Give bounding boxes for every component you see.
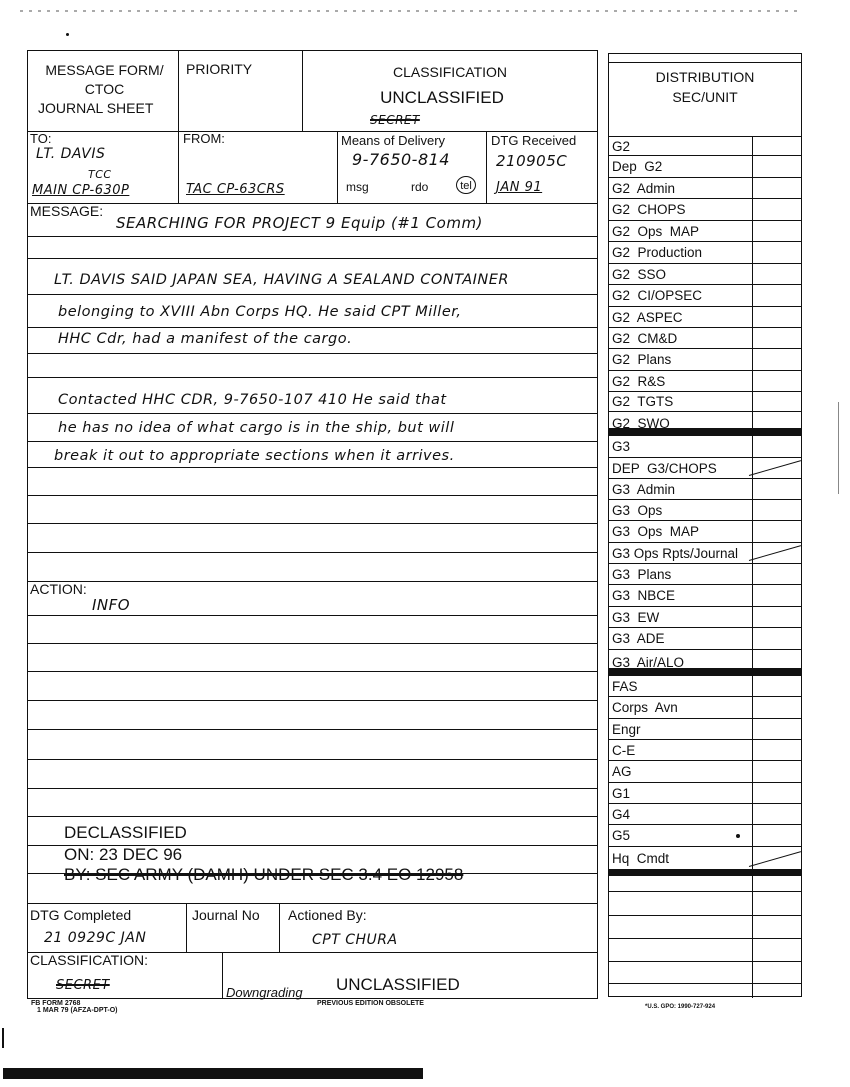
distribution-row-label: Corps Avn [612, 700, 678, 715]
distribution-row: G2 CI/OPSEC [609, 284, 801, 306]
action-value: INFO [92, 596, 130, 614]
action-label: ACTION: [30, 581, 87, 597]
distribution-row-label: G4 [612, 807, 630, 822]
distribution-checkbox-cell[interactable] [752, 916, 801, 938]
distribution-row: G5 [609, 824, 801, 846]
classification-label: CLASSIFICATION [302, 64, 598, 80]
footer-classification-label: CLASSIFICATION: [30, 952, 148, 968]
distribution-checkbox-cell[interactable] [752, 804, 801, 824]
footer-classification-struck: SECRET [56, 978, 110, 993]
to-unit: MAIN CP-630P [32, 183, 129, 198]
distribution-checkbox-cell[interactable] [752, 783, 801, 803]
distribution-row: G3 Ops Rpts/Journal [609, 542, 801, 563]
distribution-row-label: AG [612, 764, 632, 779]
distribution-row: G3 Admin [609, 478, 801, 499]
distribution-row-label: Dep G2 [612, 159, 662, 174]
section-divider-bar [609, 668, 801, 675]
means-option-rdo[interactable]: rdo [411, 180, 428, 194]
distribution-row: Hq Cmdt [609, 846, 801, 869]
distribution-row: G3 [609, 435, 801, 457]
section-divider-bar [609, 428, 801, 435]
distribution-row: G3 Ops [609, 499, 801, 520]
distribution-checkbox-cell[interactable] [752, 825, 801, 846]
dtg-completed-label: DTG Completed [30, 907, 131, 923]
distribution-checkbox-cell[interactable] [752, 264, 801, 284]
distribution-checkbox-cell[interactable] [752, 436, 801, 457]
distribution-row-label: G2 ASPEC [612, 310, 683, 325]
journal-no-label: Journal No [192, 907, 260, 923]
distribution-row [609, 983, 801, 998]
distribution-checkbox-cell[interactable] [752, 564, 801, 584]
scan-bar [3, 1068, 423, 1079]
distribution-row: G3 Plans [609, 563, 801, 584]
distribution-panel: DISTRIBUTION SEC/UNIT G2Dep G2G2 AdminG2… [608, 53, 802, 997]
distribution-row-label: G2 CHOPS [612, 202, 686, 217]
means-of-delivery-label: Means of Delivery [341, 133, 445, 148]
section-divider-bar [609, 869, 801, 876]
distribution-row-label: G2 SSO [612, 267, 666, 282]
distribution-checkbox-cell[interactable] [752, 392, 801, 411]
means-of-delivery-value: 9-7650-814 [352, 150, 450, 169]
message-subject: SEARCHING FOR PROJECT 9 Equip (#1 Comm) [116, 214, 483, 232]
distribution-row-label: G3 Ops MAP [612, 524, 699, 539]
distribution-row-label: G3 Plans [612, 567, 671, 582]
distribution-row: G2 CM&D [609, 327, 801, 348]
form-title: MESSAGE FORM/ CTOC JOURNAL SHEET [32, 61, 177, 118]
message-line: Contacted HHC CDR, 9-7650-107 410 He sai… [58, 392, 447, 408]
dtg-received-label: DTG Received [491, 133, 576, 148]
distribution-row-label: G2 Ops MAP [612, 224, 699, 239]
message-line: break it out to appropriate sections whe… [54, 448, 455, 464]
distribution-checkbox-cell[interactable] [752, 585, 801, 606]
distribution-row: G2 [609, 136, 801, 155]
distribution-checkbox-cell[interactable] [752, 761, 801, 782]
distribution-row: G2 R&S [609, 370, 801, 391]
distribution-checkbox-cell[interactable] [752, 892, 801, 915]
distribution-checkbox-cell[interactable] [752, 697, 801, 718]
message-line: he has no idea of what cargo is in the s… [58, 420, 454, 436]
distribution-checkbox-cell[interactable] [752, 307, 801, 327]
distribution-row-label: DEP G3/CHOPS [612, 461, 717, 476]
distribution-row: G3 NBCE [609, 584, 801, 606]
distribution-row-label: G2 Plans [612, 352, 671, 367]
distribution-row-label: G3 [612, 439, 630, 454]
distribution-row-label: FAS [612, 679, 638, 694]
distribution-row-label: Engr [612, 722, 641, 737]
distribution-row-label: G2 TGTS [612, 394, 673, 409]
distribution-row-label: G2 [612, 139, 630, 154]
distribution-checkbox-cell[interactable] [752, 137, 801, 155]
distribution-row-label: G2 R&S [612, 374, 665, 389]
actioned-by-label: Actioned By: [288, 907, 367, 923]
distribution-row: Corps Avn [609, 696, 801, 718]
distribution-row-label: Hq Cmdt [612, 851, 669, 866]
distribution-checkbox-cell[interactable] [752, 521, 801, 542]
declassified-stamp: DECLASSIFIED [64, 823, 187, 843]
distribution-row-label: G2 Admin [612, 181, 675, 196]
distribution-row [609, 961, 801, 983]
to-label: TO: [30, 131, 51, 146]
distribution-row: G3 EW [609, 606, 801, 627]
edition-note: PREVIOUS EDITION OBSOLETE [317, 1000, 424, 1007]
declassified-date: ON: 23 DEC 96 [64, 845, 182, 865]
form-number: FB FORM 2768 [31, 1000, 80, 1007]
ink-dot [736, 834, 740, 838]
scan-mark [838, 402, 839, 494]
to-annotation: TCC [88, 168, 112, 181]
scan-speck [66, 33, 69, 36]
distribution-checkbox-cell[interactable] [752, 500, 801, 520]
distribution-checkbox-cell[interactable] [752, 371, 801, 391]
priority-label: PRIORITY [186, 61, 252, 77]
distribution-checkbox-cell[interactable] [752, 242, 801, 263]
distribution-checkbox-cell[interactable] [752, 199, 801, 220]
from-value: TAC CP-63CRS [186, 182, 285, 197]
distribution-row-label: G5 [612, 828, 630, 843]
distribution-checkbox-cell[interactable] [752, 607, 801, 627]
distribution-checkbox-cell[interactable] [752, 628, 801, 649]
scan-noise [20, 10, 800, 12]
distribution-row: G2 TGTS [609, 391, 801, 411]
distribution-row: G3 Ops MAP [609, 520, 801, 542]
distribution-row-label: G3 Ops Rpts/Journal [612, 546, 738, 561]
distribution-checkbox-cell[interactable] [752, 939, 801, 961]
distribution-checkbox-cell[interactable] [752, 984, 801, 998]
distribution-checkbox-cell[interactable] [752, 962, 801, 983]
distribution-row: C-E [609, 739, 801, 760]
distribution-row: FAS [609, 675, 801, 696]
distribution-checkbox-cell[interactable] [752, 328, 801, 348]
distribution-row [609, 891, 801, 915]
classification-struck: SECRET [370, 113, 420, 127]
distribution-row: G2 Production [609, 241, 801, 263]
distribution-row [609, 915, 801, 938]
distribution-checkbox-cell[interactable] [752, 479, 801, 499]
distribution-row: AG [609, 760, 801, 782]
distribution-row: G2 Ops MAP [609, 220, 801, 241]
distribution-checkbox-cell[interactable] [752, 156, 801, 177]
distribution-row: G2 CHOPS [609, 198, 801, 220]
distribution-row-label: G2 Production [612, 245, 702, 260]
distribution-checkbox-cell[interactable] [752, 676, 801, 696]
distribution-row: G2 Plans [609, 348, 801, 370]
means-option-tel-circled[interactable]: tel [456, 176, 476, 194]
distribution-checkbox-cell[interactable] [752, 178, 801, 198]
distribution-row-label: G2 CI/OPSEC [612, 288, 702, 303]
actioned-by-value: CPT CHURA [312, 932, 398, 948]
distribution-row: Engr [609, 718, 801, 739]
distribution-row-label: G1 [612, 786, 630, 801]
distribution-row-label: G3 Ops [612, 503, 662, 518]
distribution-checkbox-cell[interactable] [752, 349, 801, 370]
scan-mark [2, 1028, 4, 1048]
distribution-row: G2 SSO [609, 263, 801, 284]
gpo-note: *U.S. GPO: 1990-727-924 [645, 1004, 715, 1010]
distribution-checkbox-cell[interactable] [752, 719, 801, 739]
downgrading-value: UNCLASSIFIED [336, 975, 460, 995]
distribution-row-label: G3 EW [612, 610, 659, 625]
distribution-row: G1 [609, 782, 801, 803]
form-date: 1 MAR 79 (AFZA-DPT-O) [37, 1007, 118, 1014]
means-option-msg[interactable]: msg [346, 180, 369, 194]
distribution-row-label: G3 Admin [612, 482, 675, 497]
distribution-row: DEP G3/CHOPS [609, 457, 801, 478]
classification-value: UNCLASSIFIED [302, 88, 582, 108]
message-line: belonging to XVIII Abn Corps HQ. He said… [58, 304, 462, 320]
distribution-row-label: G3 NBCE [612, 588, 675, 603]
distribution-row: G2 Admin [609, 177, 801, 198]
distribution-row [609, 938, 801, 961]
dtg-received-value: 210905C [496, 152, 567, 170]
distribution-row-label: G2 CM&D [612, 331, 677, 346]
message-line: LT. DAVIS SAID JAPAN SEA, HAVING A SEALA… [54, 272, 509, 288]
distribution-row: G2 ASPEC [609, 306, 801, 327]
declassified-authority: BY: SEC ARMY (DAMH) UNDER SEC 3.4 EO 129… [64, 865, 463, 885]
distribution-checkbox-cell[interactable] [752, 285, 801, 306]
distribution-row: Dep G2 [609, 155, 801, 177]
message-line: HHC Cdr, had a manifest of the cargo. [58, 331, 352, 347]
dtg-completed-value: 21 0929C JAN [44, 930, 146, 946]
distribution-row: G3 ADE [609, 627, 801, 649]
from-label: FROM: [183, 131, 225, 146]
distribution-row: G4 [609, 803, 801, 824]
downgrading-label: Downgrading [226, 985, 303, 1000]
dtg-received-month: JAN 91 [496, 180, 542, 195]
to-recipient: LT. DAVIS [36, 146, 105, 162]
distribution-checkbox-cell[interactable] [752, 740, 801, 760]
distribution-row-label: G3 ADE [612, 631, 665, 646]
distribution-checkbox-cell[interactable] [752, 221, 801, 241]
distribution-row-label: C-E [612, 743, 635, 758]
message-label: MESSAGE: [30, 203, 103, 219]
